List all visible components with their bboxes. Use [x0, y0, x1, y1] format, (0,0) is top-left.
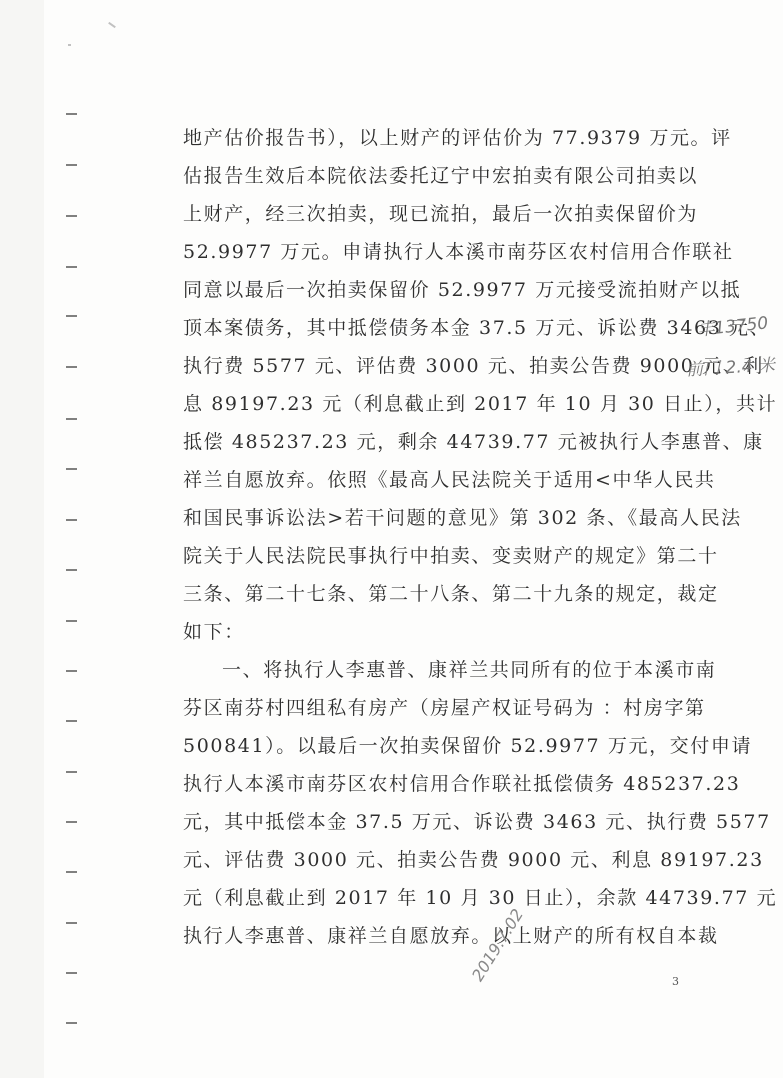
- body-text-line: 和国民事诉讼法>若干问题的意见》第 302 条、《最高人民法: [183, 506, 683, 530]
- body-text-line: 同意以最后一次拍卖保留价 52.9977 万元接受流拍财产以抵: [183, 278, 683, 302]
- binding-mark: [66, 519, 77, 521]
- binding-mark: [66, 922, 77, 924]
- body-text-line: 元（利息截止到 2017 年 10 月 30 日止），余款 44739.77 元: [183, 886, 683, 910]
- scan-speck: [108, 22, 116, 28]
- binding-mark: [66, 1022, 77, 1024]
- page-number: 3: [672, 975, 679, 988]
- binding-mark: [66, 164, 77, 166]
- body-text-line: 估报告生效后本院依法委托辽宁中宏拍卖有限公司拍卖以: [183, 164, 683, 188]
- body-text-line: 芬区南芬村四组私有房产（房屋产权证号码为 ：村房字第: [183, 696, 683, 720]
- binding-mark: [66, 366, 77, 368]
- body-text-line: 执行人本溪市南芬区农村信用合作联社抵偿债务 485237.23: [183, 772, 683, 796]
- binding-mark: [66, 821, 77, 823]
- body-text-line: 院关于人民法院民事执行中拍卖、变卖财产的规定》第二十: [183, 544, 683, 568]
- scan-edge-shadow: [0, 0, 44, 1078]
- binding-mark: [66, 315, 77, 317]
- body-text-line: 元，其中抵偿本金 37.5 万元、诉讼费 3463 元、执行费 5577: [183, 810, 683, 834]
- body-text-line: 上财产，经三次拍卖，现已流拍，最后一次拍卖保留价为: [183, 202, 683, 226]
- handwritten-note: 前门 2.4 米: [685, 351, 775, 381]
- binding-mark: [66, 720, 77, 722]
- body-text-line: 地产估价报告书），以上财产的评估价为 77.9379 万元。评: [183, 126, 683, 150]
- body-text-line: 执行人李惠普、康祥兰自愿放弃。以上财产的所有权自本裁: [183, 924, 683, 948]
- body-text-line: 500841）。以最后一次拍卖保留价 52.9977 万元，交付申请: [183, 734, 683, 758]
- scan-speck: [68, 44, 71, 46]
- body-text-line: 执行费 5577 元、评估费 3000 元、拍卖公告费 9000 元、利: [183, 354, 683, 378]
- binding-mark: [66, 418, 77, 420]
- binding-mark: [66, 771, 77, 773]
- binding-mark: [66, 215, 77, 217]
- body-text-line: 息 89197.23 元（利息截止到 2017 年 10 月 30 日止），共计: [183, 392, 683, 416]
- body-text-line: 三条、第二十七条、第二十八条、第二十九条的规定，裁定: [183, 582, 683, 606]
- body-text-line: 抵偿 485237.23 元，剩余 44739.77 元被执行人李惠普、康: [183, 430, 683, 454]
- binding-mark: [66, 113, 77, 115]
- binding-mark: [66, 468, 77, 470]
- binding-mark: [66, 569, 77, 571]
- binding-mark: [66, 620, 77, 622]
- binding-mark: [66, 972, 77, 974]
- body-text-line: 一、将执行人李惠普、康祥兰共同所有的位于本溪市南: [222, 658, 722, 682]
- body-text-line: 52.9977 万元。申请执行人本溪市南芬区农村信用合作联社: [183, 240, 683, 264]
- body-text-line: 元、评估费 3000 元、拍卖公告费 9000 元、利息 89197.23: [183, 848, 683, 872]
- binding-mark: [66, 871, 77, 873]
- document-page: 地产估价报告书），以上财产的评估价为 77.9379 万元。评 估报告生效后本院…: [0, 0, 783, 1078]
- body-text-line: 顶本案债务，其中抵偿债务本金 37.5 万元、诉讼费 3463 元、: [183, 316, 683, 340]
- body-text-line: 如下：: [183, 620, 683, 644]
- binding-mark: [66, 266, 77, 268]
- binding-mark: [66, 670, 77, 672]
- body-text-line: 祥兰自愿放弃。依照《最高人民法院关于适用<中华人民共: [183, 468, 683, 492]
